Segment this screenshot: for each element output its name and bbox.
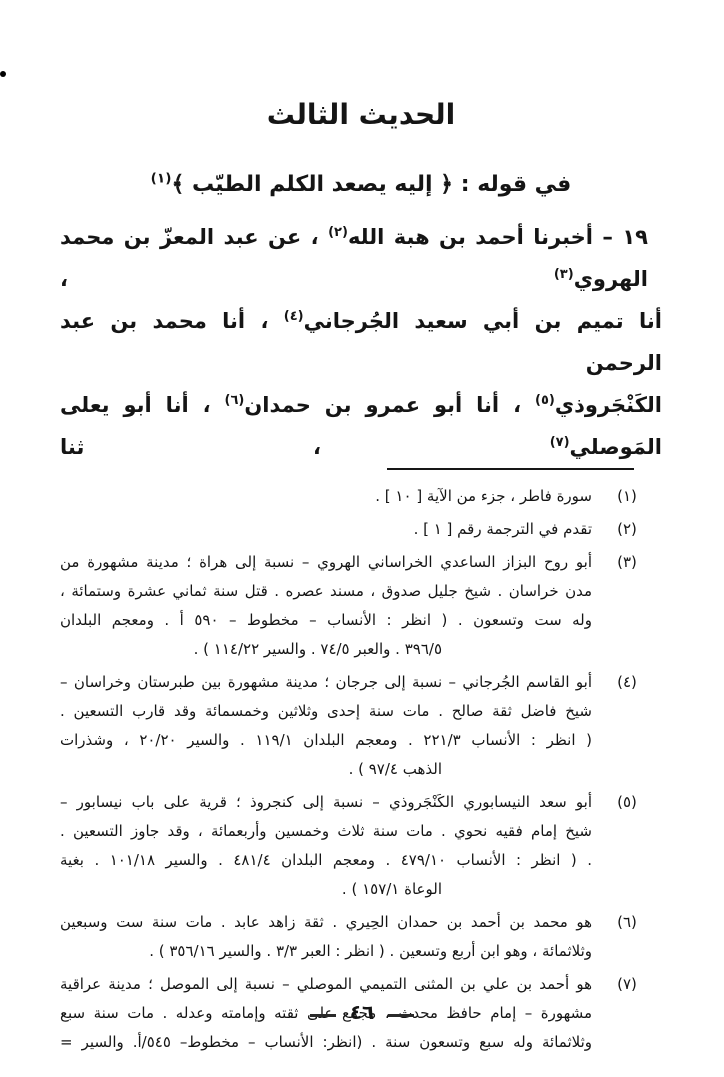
page-number: ٤٦	[0, 1000, 724, 1024]
footnote-line: الوعاة ١٥٧/١ ) .	[60, 875, 592, 904]
footnote-item: (٥)أبو سعد النيسابوري الكَنْجَروذي – نسب…	[60, 788, 662, 904]
footnote-separator	[387, 468, 634, 470]
hadith-text: ١٩ – أخبرنا أحمد بن هبة الله(٢) ، عن عبد…	[60, 216, 662, 468]
footnote-number: (١)	[592, 482, 662, 511]
footnote-number: (٢)	[592, 515, 662, 544]
footnote-line: مدن خراسان . شيخ جليل صدوق ، مسند عصره .…	[60, 577, 592, 606]
page-number-dash	[388, 1014, 414, 1017]
footnote-line: ٣٩٦/٥ . والعبر ٧٤/٥ . والسير ١١٤/٢٢ ) .	[60, 635, 592, 664]
text-run: ،	[60, 267, 554, 291]
footnote-text: تقدم في الترجمة رقم [ ١ ] .	[60, 515, 592, 544]
text-run: ﴿ إليه يصعد الكلم الطيّب ﴾	[171, 172, 453, 197]
chapter-heading: الحديث الثالث	[60, 0, 662, 138]
footnote-line: الذهب ٩٧/٤ ) .	[60, 755, 592, 784]
footnote-number: (٥)	[592, 788, 662, 904]
footnote-line: أبو القاسم الجُرجاني – نسبة إلى جرجان ؛ …	[60, 668, 592, 697]
footnote-ref: (٤)	[284, 309, 304, 324]
footnote-number: (٦)	[592, 908, 662, 966]
footnote-line: تقدم في الترجمة رقم [ ١ ] .	[60, 515, 592, 544]
footnote-item: (٤)أبو القاسم الجُرجاني – نسبة إلى جرجان…	[60, 668, 662, 784]
page-number-value: ٤٦	[350, 1000, 374, 1024]
hadith-text-line: ١٩ – أخبرنا أحمد بن هبة الله(٢) ، عن عبد…	[60, 216, 662, 300]
footnote-number: (٣)	[592, 548, 662, 664]
footnote-ref: (٣)	[554, 267, 574, 282]
footnote-item: (١)سورة فاطر ، جزء من الآية [ ١٠ ] .	[60, 482, 662, 511]
footnote-ref: (١)	[151, 171, 172, 187]
footnote-text: أبو سعد النيسابوري الكَنْجَروذي – نسبة إ…	[60, 788, 592, 904]
footnote-ref: (٦)	[225, 393, 245, 408]
footnote-line: شيخ فاضل ثقة صالح . مات سنة إحدى وثلاثين…	[60, 697, 592, 726]
footnote-ref: (٢)	[328, 225, 348, 240]
footnote-text: سورة فاطر ، جزء من الآية [ ١٠ ] .	[60, 482, 592, 511]
footnote-number: (٤)	[592, 668, 662, 784]
text-run: في قوله :	[453, 172, 571, 197]
footnotes-section: (١)سورة فاطر ، جزء من الآية [ ١٠ ] .(٢)ت…	[60, 482, 662, 1057]
text-run: ١٩ – أخبرنا أحمد بن هبة الله	[348, 225, 648, 249]
footnote-ref: (٧)	[550, 435, 570, 450]
text-run: الكَنْجَروذي	[555, 393, 662, 417]
verse-subtitle: في قوله : ﴿ إليه يصعد الكلم الطيّب ﴾(١)	[60, 164, 662, 206]
footnote-line: وثلاثمائة ، وهو ابن أربع وتسعين . ( انظر…	[60, 937, 592, 966]
footnote-line: هو محمد بن أحمد بن حمدان الحِيري . ثقة ز…	[60, 908, 592, 937]
page-number-dash	[310, 1014, 336, 1017]
footnote-line: هو أحمد بن علي بن المثنى التميمي الموصلي…	[60, 970, 592, 999]
text-run: ، ثنا	[60, 435, 550, 459]
text-run: أنا تميم بن أبي سعيد الجُرجاني	[304, 309, 662, 333]
footnote-line: وله ست وتسعون . ( انظر : الأنساب – مخطوط…	[60, 606, 592, 635]
footnote-text: أبو روح البزاز الساعدي الخراساني الهروي …	[60, 548, 592, 664]
footnote-text: أبو القاسم الجُرجاني – نسبة إلى جرجان ؛ …	[60, 668, 592, 784]
book-page: الحديث الثالث في قوله : ﴿ إليه يصعد الكل…	[0, 0, 724, 1077]
text-run: ، أنا أبو عمرو بن حمدان	[244, 393, 535, 417]
hadith-text-line: الكَنْجَروذي(٥) ، أنا أبو عمرو بن حمدان(…	[60, 384, 662, 468]
footnote-line: أبو سعد النيسابوري الكَنْجَروذي – نسبة إ…	[60, 788, 592, 817]
footnote-text: هو محمد بن أحمد بن حمدان الحِيري . ثقة ز…	[60, 908, 592, 966]
footnote-ref: (٥)	[535, 393, 555, 408]
footnote-line: ( انظر : الأنساب ٢٢١/٣ . ومعجم البلدان ١…	[60, 726, 592, 755]
footnote-line: سورة فاطر ، جزء من الآية [ ١٠ ] .	[60, 482, 592, 511]
footnote-item: (٦)هو محمد بن أحمد بن حمدان الحِيري . ثق…	[60, 908, 662, 966]
footnote-line: شيخ إمام فقيه نحوي . مات سنة ثلاث وخمسين…	[60, 817, 592, 846]
scan-artifact-dot	[0, 71, 6, 77]
footnote-item: (٢)تقدم في الترجمة رقم [ ١ ] .	[60, 515, 662, 544]
footnote-line: وثلاثمائة وله سبع وتسعون سنة . (انظر: ال…	[60, 1028, 592, 1057]
hadith-text-line: أنا تميم بن أبي سعيد الجُرجاني(٤) ، أنا …	[60, 300, 662, 384]
footnote-line: . ( انظر : الأنساب ٤٧٩/١٠ . ومعجم البلدا…	[60, 846, 592, 875]
footnote-item: (٣)أبو روح البزاز الساعدي الخراساني الهر…	[60, 548, 662, 664]
footnote-line: أبو روح البزاز الساعدي الخراساني الهروي …	[60, 548, 592, 577]
